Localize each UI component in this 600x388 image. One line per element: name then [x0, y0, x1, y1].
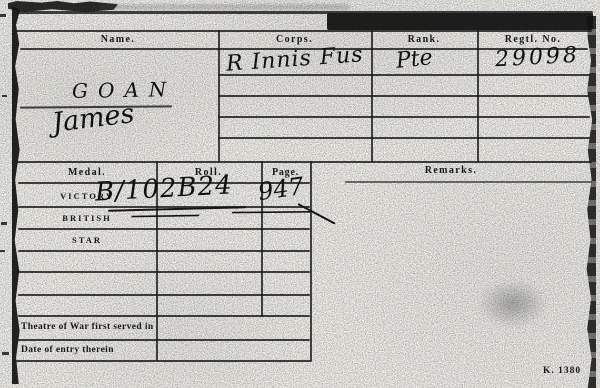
scan-bar-top-right [327, 13, 593, 30]
grid-line [18, 250, 310, 252]
grid-line [218, 116, 590, 118]
grid-line [16, 11, 593, 14]
scan-edge-right [585, 16, 596, 388]
grid-line [18, 294, 310, 296]
date-of-entry-label: Date of entry therein [21, 345, 114, 355]
grid-line [16, 360, 312, 362]
grid-line [218, 95, 590, 97]
grid-line [477, 30, 479, 162]
medal-row-label-star: STAR [18, 235, 156, 245]
scan-blotch-remarks [478, 280, 548, 328]
scan-tick-mark [2, 352, 9, 355]
form-number: K. 1380 [543, 366, 581, 376]
regtl-no-handwritten-value: 29098 [494, 45, 580, 71]
grid-line [18, 339, 310, 341]
name-column-header: Name. [18, 34, 218, 45]
remarks-column-header: Remarks. [310, 165, 592, 176]
grid-line [345, 181, 592, 183]
scan-tick-mark [1, 222, 7, 225]
grid-line [218, 30, 220, 162]
medal-index-card: Name. Corps. Rank. Regtl. No. Medal. Rol… [0, 0, 600, 388]
grid-line [371, 30, 373, 162]
british-page-ditto-mark: — [226, 198, 315, 223]
scan-tick-mark [0, 14, 6, 17]
grid-line [18, 271, 310, 273]
grid-line [218, 74, 590, 76]
scan-tick-mark [0, 250, 5, 252]
grid-line [18, 315, 310, 317]
scan-tick-mark [2, 95, 7, 97]
theatre-of-war-label: Theatre of War first served in [21, 322, 154, 332]
scan-streak-top [100, 4, 350, 10]
grid-line [16, 30, 592, 32]
grid-line [16, 161, 592, 163]
british-roll-ditto-mark: — [126, 202, 204, 227]
surname-handwritten: GOAN [72, 79, 177, 101]
rank-column-header: Rank. [371, 34, 477, 45]
grid-line [310, 161, 312, 361]
grid-line [218, 137, 590, 139]
rank-handwritten-value: Pte [395, 47, 434, 73]
forename-handwritten: James [51, 100, 136, 137]
